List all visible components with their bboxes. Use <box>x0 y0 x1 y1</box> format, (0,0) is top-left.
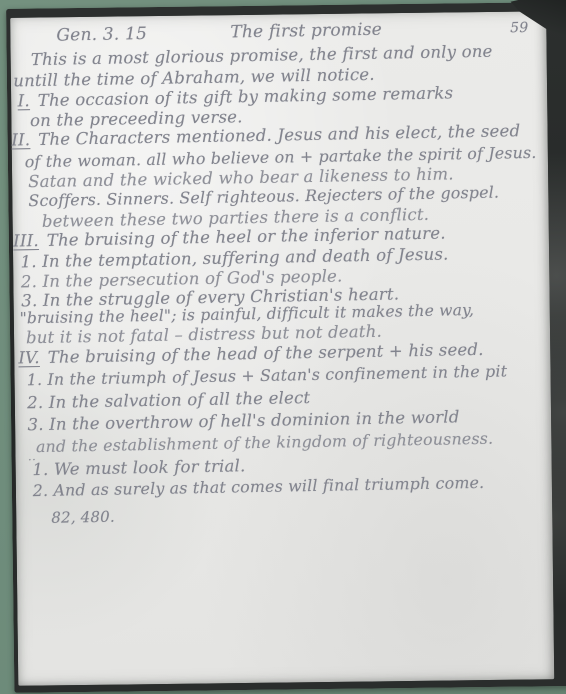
manuscript-line: This is a most glorious promise, the fir… <box>31 42 493 69</box>
page-number: 59 <box>510 20 529 36</box>
manuscript-page: Gen. 3. 15 The first promise 59 This is … <box>10 11 554 685</box>
book-cover: Gen. 3. 15 The first promise 59 This is … <box>6 2 566 693</box>
sermon-title: The first promise <box>230 20 382 43</box>
scripture-reference: Gen. 3. 15 <box>56 24 147 46</box>
section-numeral: IV. <box>18 348 40 367</box>
manuscript-line: 2. In the salvation of all the elect <box>27 388 310 412</box>
section-numeral: III. <box>13 231 39 250</box>
manuscript-line: 1. We must look for trial. <box>32 456 245 479</box>
section-numeral: II. <box>11 130 30 149</box>
hymn-numbers: 82, 480. <box>51 508 115 527</box>
section-numeral: I. <box>17 91 30 110</box>
photo-background: Gen. 3. 15 The first promise 59 This is … <box>0 0 566 694</box>
handwriting-layer: Gen. 3. 15 The first promise 59 This is … <box>8 10 556 688</box>
